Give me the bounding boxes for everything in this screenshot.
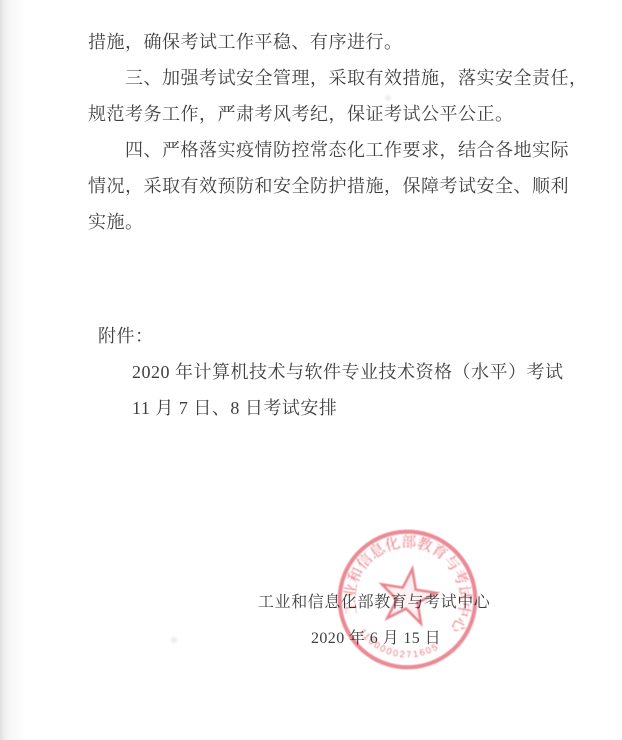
body-line: 措施，确保考试工作平稳、有序进行。	[88, 24, 578, 60]
signature-date: 2020 年 6 月 15 日	[311, 625, 441, 648]
seal-ring-text: 工业和信息化部教育与考试中心	[339, 524, 483, 637]
attachment-label: 附件：	[98, 318, 578, 354]
attachment-section: 附件： 2020 年计算机技术与软件专业技术资格（水平）考试 11 月 7 日、…	[98, 318, 578, 426]
attachment-line: 2020 年计算机技术与软件专业技术资格（水平）考试	[98, 354, 578, 390]
attachment-line: 11 月 7 日、8 日考试安排	[98, 390, 578, 426]
body-line: 实施。	[88, 204, 578, 240]
signature-org: 工业和信息化部教育与考试中心	[258, 589, 490, 612]
body-line: 三、加强考试安全管理，采取有效措施，落实安全责任，	[88, 60, 578, 96]
body-line: 规范考务工作，严肃考风考纪，保证考试公平公正。	[88, 96, 578, 132]
body-paragraphs: 措施，确保考试工作平稳、有序进行。 三、加强考试安全管理，采取有效措施，落实安全…	[88, 24, 578, 240]
body-line: 情况，采取有效预防和安全防护措施，保障考试安全、顺利	[88, 168, 578, 204]
scan-speck	[168, 636, 180, 644]
document-page: 措施，确保考试工作平稳、有序进行。 三、加强考试安全管理，采取有效措施，落实安全…	[0, 0, 622, 740]
body-line: 四、严格落实疫情防控常态化工作要求，结合各地实际	[88, 132, 578, 168]
